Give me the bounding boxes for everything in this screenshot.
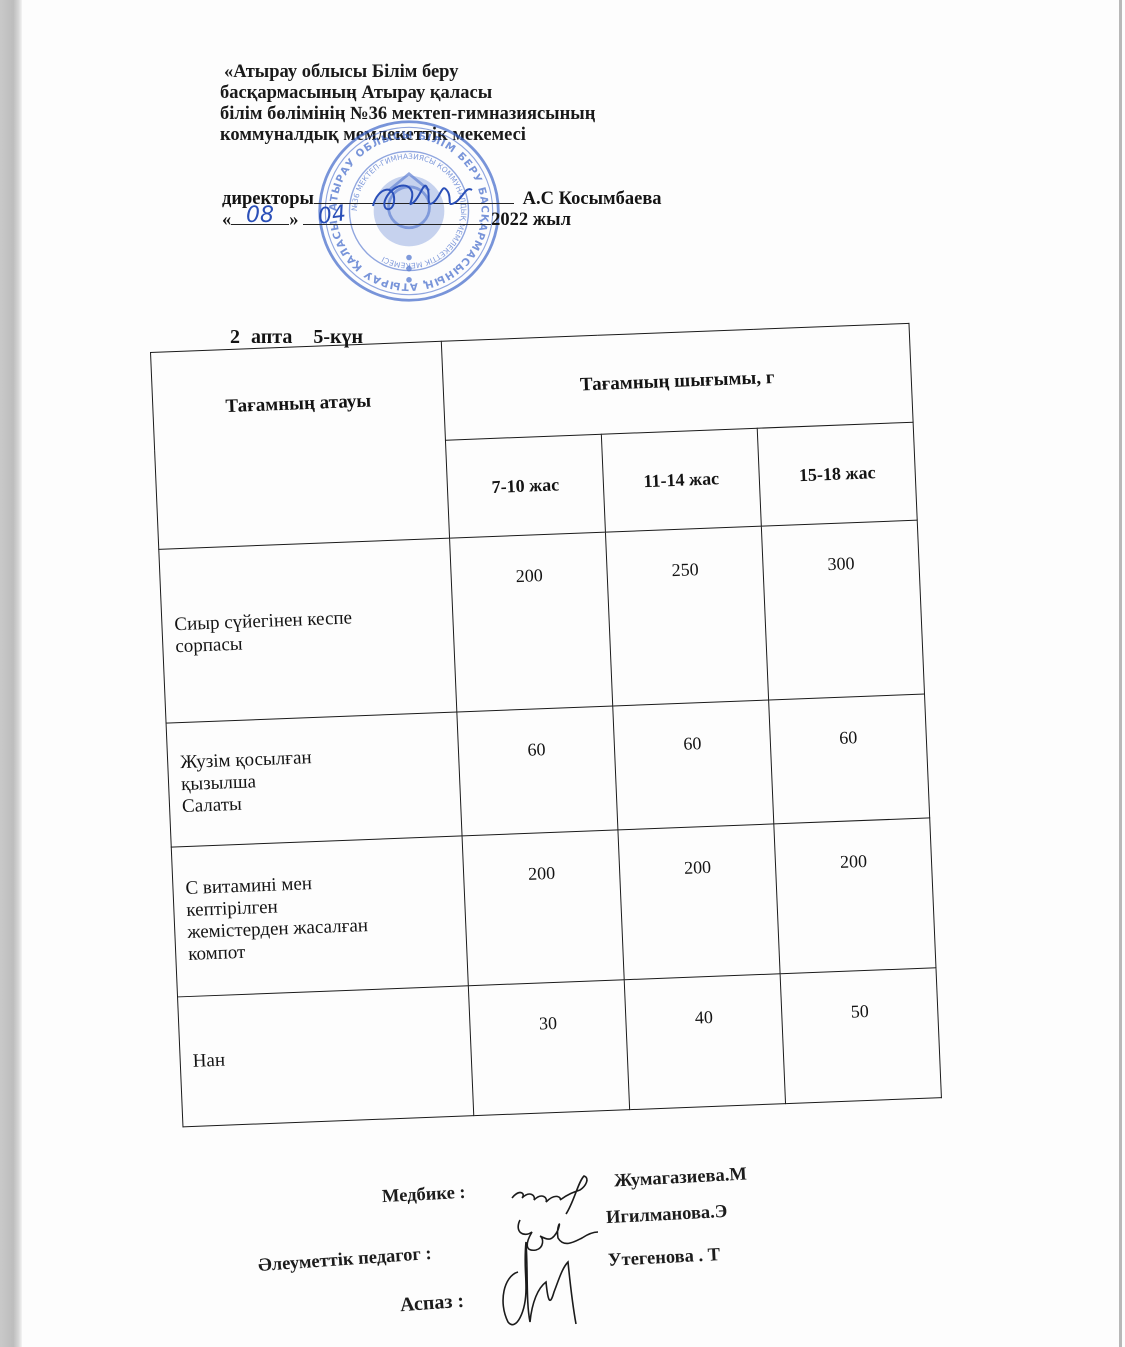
yield-11-14: 200 — [618, 824, 780, 980]
approval-header: «Атырау облысы Білім беру басқармасының … — [220, 62, 720, 146]
yield-15-18: 60 — [769, 694, 930, 824]
dish-name: Нан — [178, 986, 474, 1127]
yield-7-10: 30 — [468, 980, 629, 1116]
date-year: 2022 жыл — [491, 210, 571, 230]
nurse-label: Медбике : — [382, 1183, 467, 1208]
menu-table: Тағамның атауы Тағамның шығымы, г 7-10 ж… — [150, 323, 942, 1127]
week-label: 2 апта — [230, 326, 292, 348]
director-signature-icon — [368, 172, 478, 222]
scan-background-left — [0, 0, 22, 1347]
yield-15-18: 50 — [780, 968, 941, 1104]
header-age-7-10: 7-10 жас — [445, 434, 605, 538]
table-row: Нан 30 40 50 — [178, 968, 942, 1127]
approval-line-2: басқармасының Атырау қаласы — [220, 83, 720, 104]
director-name: А.С Косымбаева — [523, 189, 662, 209]
yield-11-14: 250 — [605, 526, 768, 706]
table-row: Сиыр сүйегінен кеспе сорпасы 200 250 300 — [159, 520, 925, 723]
header-age-11-14: 11-14 жас — [601, 428, 761, 532]
date-close-quote: » — [289, 210, 298, 230]
yield-15-18: 200 — [774, 818, 936, 974]
date-day-handwritten: 08 — [246, 203, 274, 228]
header-yield: Тағамның шығымы, г — [441, 323, 913, 439]
yield-7-10: 200 — [450, 532, 613, 712]
header-age-15-18: 15-18 жас — [757, 422, 917, 526]
menu-table-container: Тағамның атауы Тағамның шығымы, г 7-10 ж… — [150, 323, 943, 1141]
cook-signature-icon — [496, 1232, 586, 1332]
dish-name: Сиыр сүйегінен кеспе сорпасы — [159, 538, 457, 723]
date-open-quote: « — [222, 210, 231, 230]
table-row: С витамині мен кептірілген жемістерден ж… — [171, 818, 936, 997]
yield-7-10: 200 — [462, 830, 624, 986]
yield-11-14: 60 — [613, 700, 774, 830]
date-month-handwritten: 04 — [316, 201, 347, 230]
dish-name: С витамині мен кептірілген жемістерден ж… — [171, 836, 468, 997]
dish-name: Жузім қосылған қызылша Салаты — [166, 712, 462, 847]
cook-label: Аспаз : — [399, 1290, 464, 1317]
yield-7-10: 60 — [457, 706, 618, 836]
nurse-signature-icon — [508, 1168, 598, 1218]
approval-line-1: «Атырау облысы Білім беру — [220, 62, 720, 83]
approval-line-3: білім бөлімінің №36 мектеп-гимназиясының — [220, 104, 720, 125]
header-dish-name: Тағамның атауы — [151, 341, 450, 549]
yield-11-14: 40 — [624, 974, 785, 1110]
scan-background-right — [1119, 0, 1122, 1347]
yield-15-18: 300 — [761, 520, 924, 700]
